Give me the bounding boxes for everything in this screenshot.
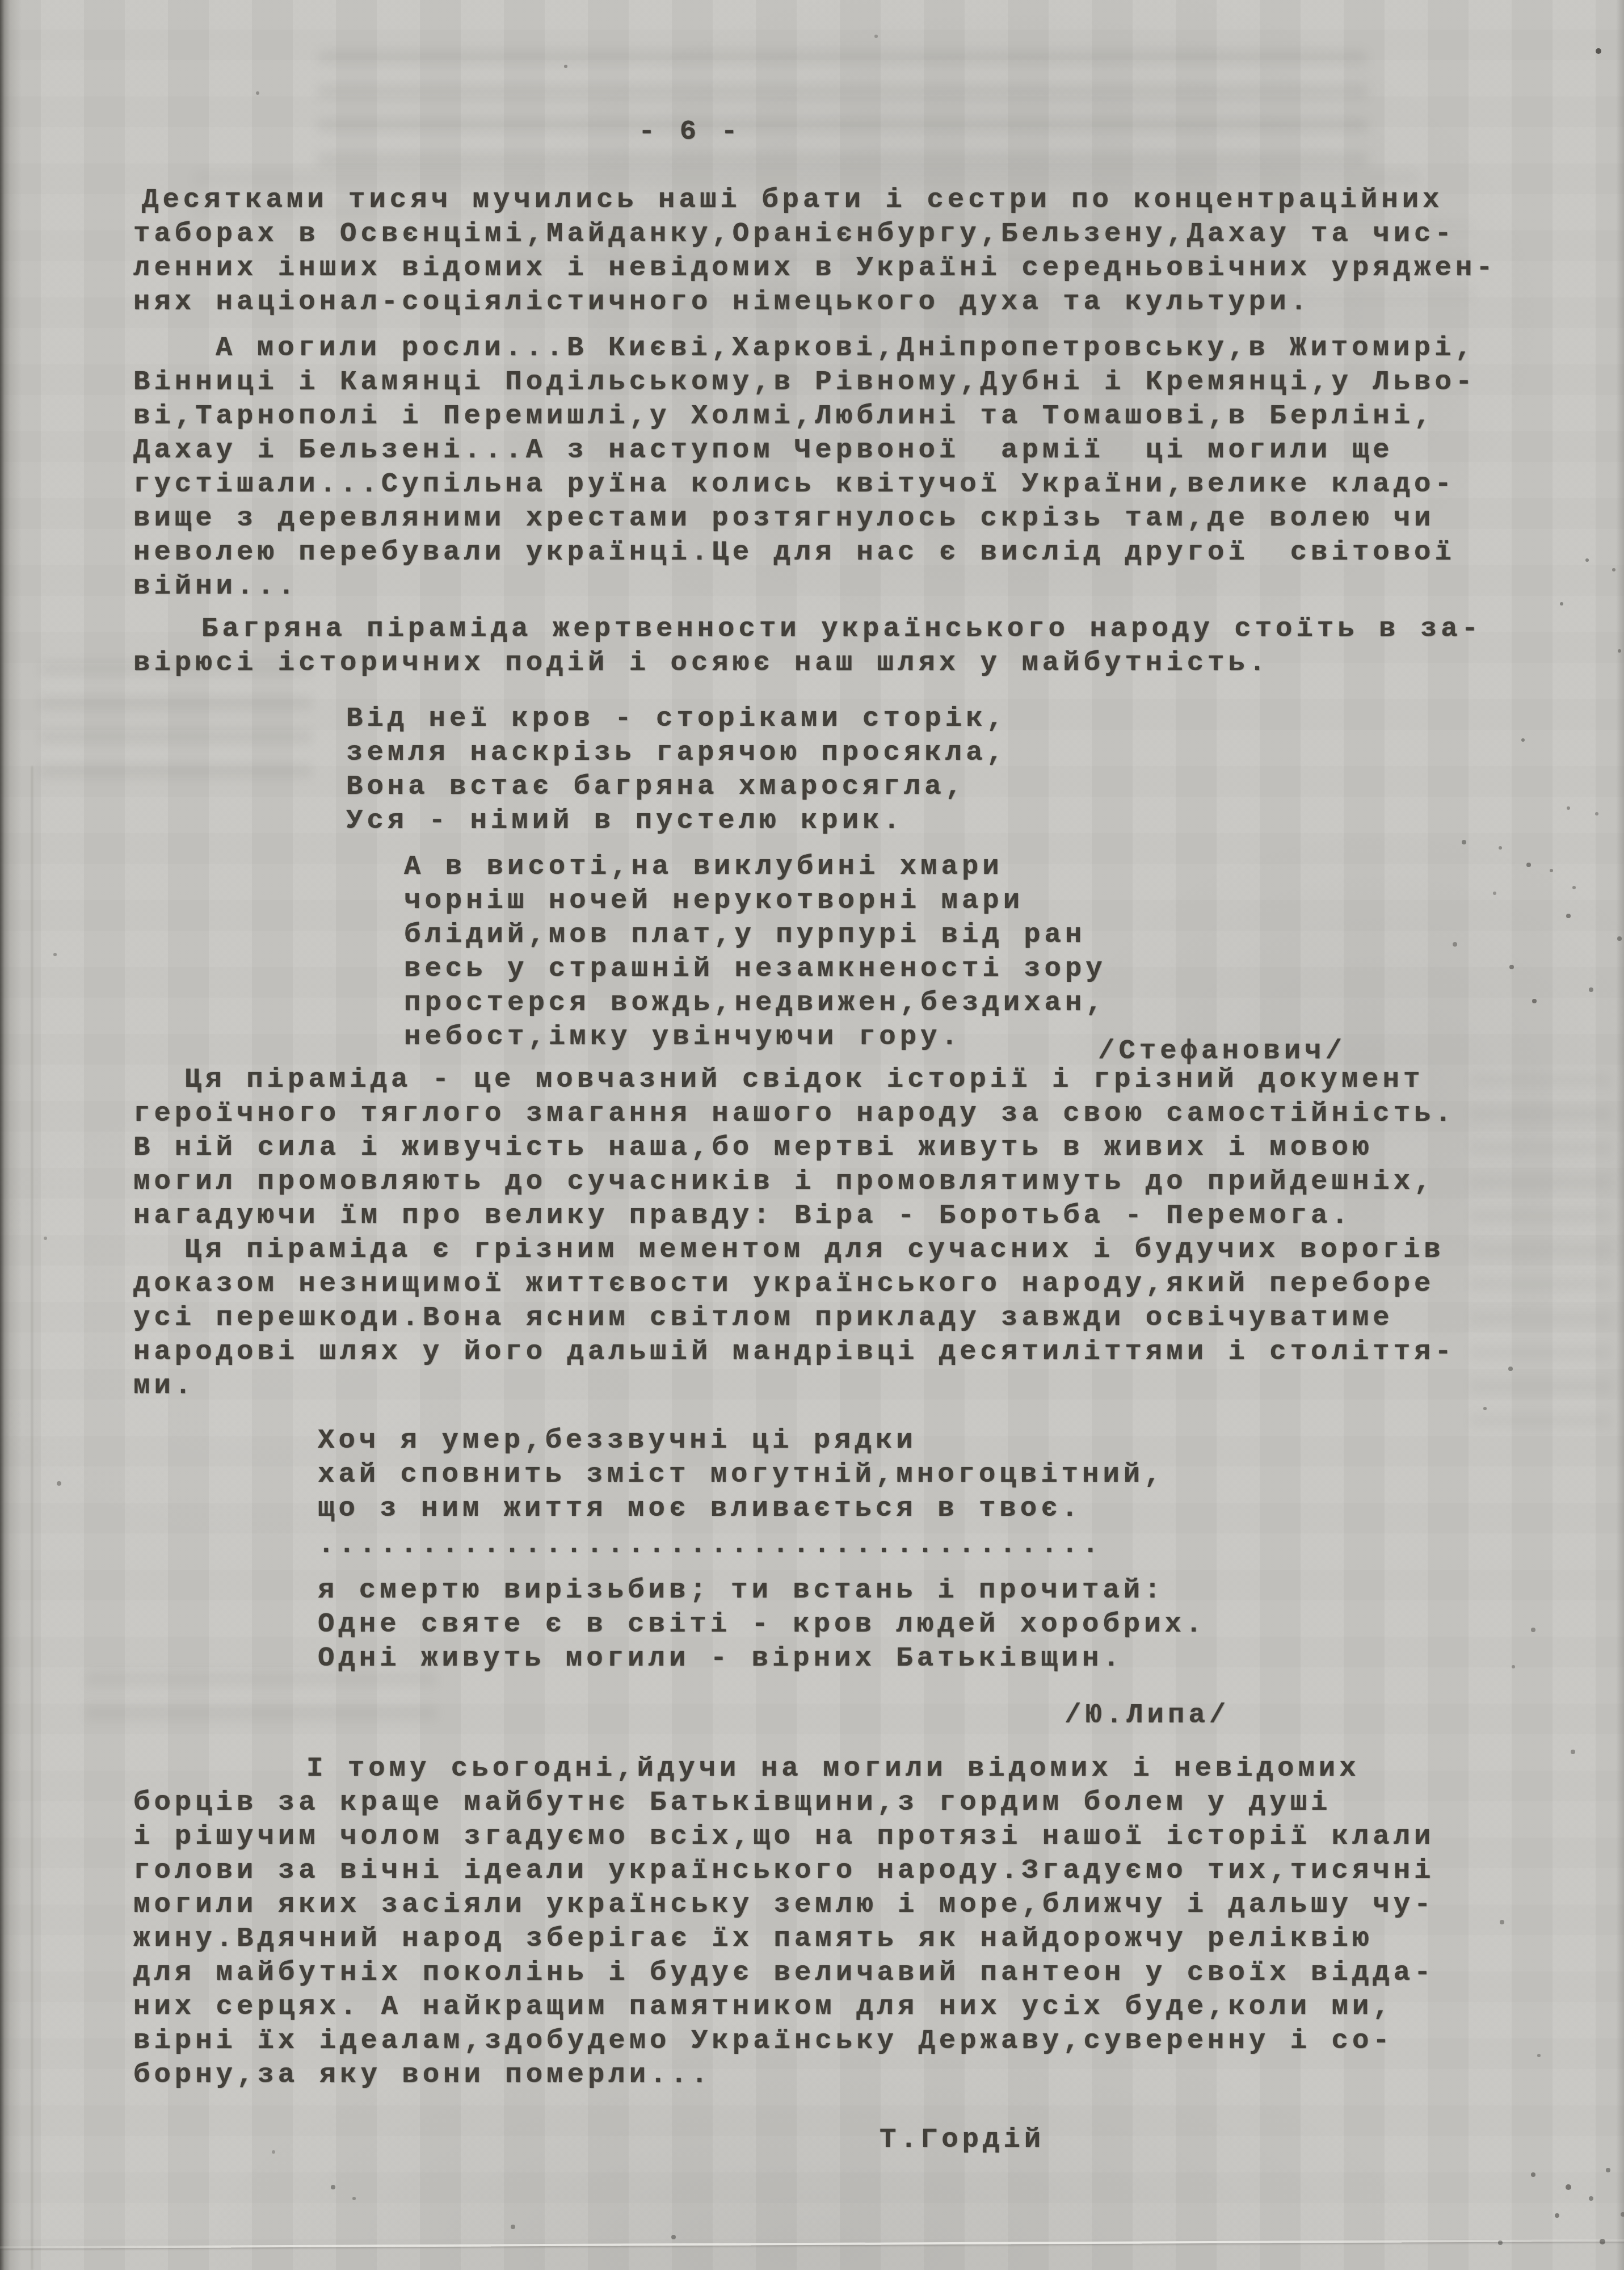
text-line: нагадуючи їм про велику правду: Віра - Б… [133, 1199, 1455, 1233]
text-line: і рішучим чолом згадуємо всіх,що на прот… [133, 1819, 1435, 1853]
typewritten-page: - 6 - Десятками тисяч мучились наші брат… [0, 0, 1624, 2270]
poem-stanza-died-lines: Хоч я умер,беззвучні ці рядки хай сповни… [318, 1423, 1165, 1525]
text-line: вірюсі історичних подій і осяює наш шлях… [133, 646, 1482, 680]
text-line: вірні їх ідеалам,здобудемо Українську Де… [133, 2024, 1435, 2058]
poem-line: Хоч я умер,беззвучні ці рядки [318, 1423, 1165, 1457]
text-line: Ця піраміда - це мовчазний свідок історі… [133, 1062, 1455, 1096]
poem-stanza-carved-by-death: я смертю вирізьбив; ти встань і прочитай… [318, 1573, 1206, 1675]
text-line: Дахау і Бельзені...А з наступом Червоної… [133, 433, 1476, 467]
text-line: народові шлях у його дальшій мандрівці д… [133, 1335, 1455, 1369]
bottom-crease-line [0, 2239, 1624, 2249]
paragraph-concentration-camps: Десятками тисяч мучились наші брати і се… [133, 183, 1497, 319]
text-line: усі перешкоди.Вона ясним світлом приклад… [133, 1301, 1455, 1335]
page-number: - 6 - [638, 115, 742, 149]
paragraph-therefore-today: І тому сьогодні,йдучи на могили відомих … [133, 1751, 1435, 2092]
dotted-separator: ...................................... [318, 1528, 1103, 1562]
text-line: Ця піраміда є грізним мементом для сучас… [133, 1233, 1455, 1267]
text-line: вище з деревляними хрестами розтягнулось… [133, 501, 1476, 535]
poem-line: я смертю вирізьбив; ти встань і прочитай… [318, 1573, 1206, 1607]
vertical-crease [31, 766, 33, 2270]
text-line: доказом незнищимої життєвости українсько… [133, 1267, 1455, 1301]
poem-stanza-blood: Від неї кров - сторіками сторік, земля н… [346, 701, 1007, 838]
text-line: них серцях. А найкращим памятником для н… [133, 1990, 1435, 2024]
poem-line: блідий,мов плат,у пурпурі від ран [404, 918, 1106, 952]
text-line: жину.Вдячний народ зберігає їх память як… [133, 1922, 1435, 1956]
text-line: нях націонал-соціялістичного німецького … [133, 285, 1497, 319]
text-line: ленних інших відомих і невідомих в Украї… [133, 251, 1497, 285]
poem-line: чорніш ночей нерукотворні мари [404, 884, 1106, 918]
right-edge-shadow [1616, 0, 1624, 2270]
attribution-lypa: /Ю.Липа/ [1065, 1698, 1230, 1732]
text-line: таборах в Освєнцімі,Майданку,Оранієнбург… [133, 217, 1497, 251]
poem-line: небост,імку увінчуючи гору. [404, 1020, 1106, 1054]
text-line: неволею перебували українці.Це для нас є… [133, 535, 1476, 569]
poem-line: земля наскрізь гарячою просякла, [346, 735, 1007, 770]
text-line: Багряна піраміда жертвенности українсько… [133, 612, 1482, 646]
paragraph-silent-witness: Ця піраміда - це мовчазний свідок історі… [133, 1062, 1455, 1403]
text-line: І тому сьогодні,йдучи на могили відомих … [133, 1751, 1435, 1785]
text-line: В ній сила і живучість наша,бо мертві жи… [133, 1130, 1455, 1165]
text-line: А могили росли...В Києві,Харкові,Дніпроп… [133, 331, 1476, 365]
text-line: могил промовляють до сучасників і промов… [133, 1165, 1455, 1199]
text-line: війни... [133, 569, 1476, 603]
poem-line: хай сповнить зміст могутній,многоцвітний… [318, 1457, 1165, 1491]
poem-line: Одне святе є в світі - кров людей хоробр… [318, 1607, 1206, 1641]
poem-stanza-clouds: А в висоті,на виклубині хмари чорніш ноч… [404, 850, 1106, 1054]
poem-line: простерся вождь,недвижен,бездихан, [404, 986, 1106, 1020]
poem-line: Уся - німий в пустелю крик. [346, 804, 1007, 838]
poem-line: Вона встає багряна хмаросягла, [346, 770, 1007, 804]
poem-line: А в висоті,на виклубині хмари [404, 850, 1106, 884]
text-line: ми. [133, 1369, 1455, 1403]
signature: Т.Гордій [880, 2122, 1045, 2156]
bleed-through [318, 50, 1368, 172]
bleed-through [85, 1671, 437, 1731]
paragraph-graves-grew: А могили росли...В Києві,Харкові,Дніпроп… [133, 331, 1476, 603]
text-line: борців за краще майбутнє Батьківщини,з г… [133, 1785, 1435, 1819]
text-line: ві,Тарнополі і Перемишлі,у Холмі,Люблині… [133, 399, 1476, 433]
text-line: голови за вічні ідеали українського наро… [133, 1853, 1435, 1888]
bleed-through [1470, 1073, 1612, 1447]
text-line: Вінниці і Камянці Подільському,в Рівному… [133, 365, 1476, 399]
bleed-through [40, 661, 312, 794]
text-line: героїчного тяглого змагання нашого народ… [133, 1096, 1455, 1130]
paragraph-crimson-pyramid: Багряна піраміда жертвенности українсько… [133, 612, 1482, 680]
text-line: для майбутніх поколінь і будує величавий… [133, 1956, 1435, 1990]
text-line: густішали...Супільна руїна колись квітуч… [133, 467, 1476, 501]
text-line: борну,за яку вони померли... [133, 2058, 1435, 2092]
left-edge-shadow [0, 0, 22, 2270]
poem-line: весь у страшній незамкненості зору [404, 952, 1106, 986]
poem-line: Одні живуть могили - вірних Батьківщин. [318, 1641, 1206, 1675]
text-line: Десятками тисяч мучились наші брати і се… [133, 183, 1497, 217]
poem-line: Від неї кров - сторіками сторік, [346, 701, 1007, 735]
ink-specks [0, 0, 2, 2]
poem-line: що з ним життя моє вливається в твоє. [318, 1491, 1165, 1525]
text-line: могили яких засіяли українську землю і м… [133, 1888, 1435, 1922]
